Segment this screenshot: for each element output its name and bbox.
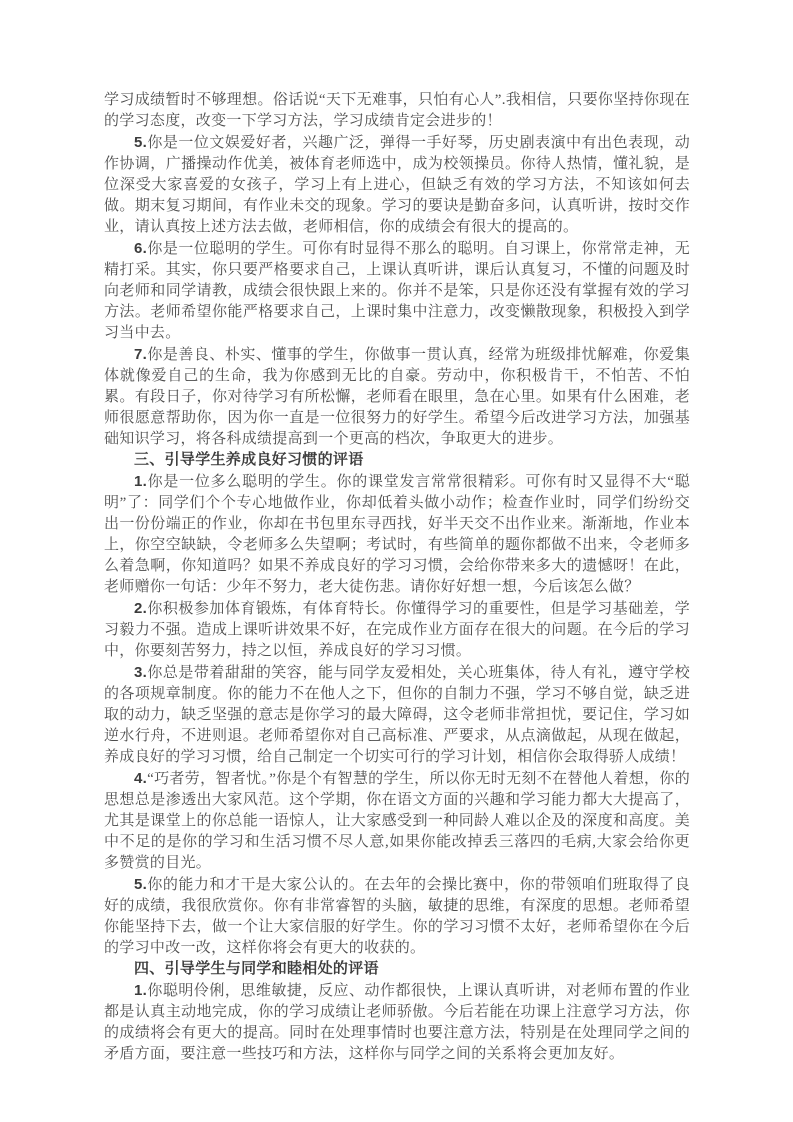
heading-text: 四、引导学生与同学和睦相处的评语 — [134, 961, 379, 977]
section-heading: 三、引导学生养成良好习惯的评语 — [104, 450, 690, 471]
paragraph-text: 你总是带着甜甜的笑容，能与同学友爱相处，关心班集体，待人有礼，遵守学校的各项规章… — [104, 665, 690, 765]
paragraph-text: 你是善良、朴实、懂事的学生，你做事一贯认真，经常为班级排忧解难，你爱集体就像爱自… — [104, 347, 690, 447]
paragraph-text: 你聪明伶俐，思维敏捷，反应、动作都很快，上课认真听讲，对老师布置的作业都是认真主… — [104, 983, 690, 1062]
heading-text: 三、引导学生养成良好习惯的评语 — [134, 452, 364, 468]
item-number: 3. — [134, 664, 147, 681]
paragraph-text: 你是一位聪明的学生。可你有时显得不那么的聪明。自习课上，你常常走神，无精打采。其… — [104, 241, 690, 341]
list-item: 1.你聪明伶俐，思维敏捷，反应、动作都很快，上课认真听讲，对老师布置的作业都是认… — [104, 980, 690, 1065]
item-number: 5. — [134, 134, 147, 151]
document-content: 学习成绩暂时不够理想。俗话说“天下无难事，只怕有心人”.我相信，只要你坚持你现在… — [104, 90, 690, 1065]
paragraph-text: 你是一位文娱爱好者，兴趣广泛，弹得一手好琴，历史剧表演中有出色表现，动作协调，广… — [104, 135, 690, 235]
paragraph-text: 你是一位多么聪明的学生。你的课堂发言常常很精彩。可你有时又显得不大“聪明”了：同… — [104, 474, 690, 595]
item-number: 2. — [134, 600, 147, 617]
paragraph: 学习成绩暂时不够理想。俗话说“天下无难事，只怕有心人”.我相信，只要你坚持你现在… — [104, 90, 690, 132]
item-number: 1. — [134, 982, 147, 999]
list-item: 5.你是一位文娱爱好者，兴趣广泛，弹得一手好琴，历史剧表演中有出色表现，动作协调… — [104, 132, 690, 238]
list-item: 5.你的能力和才干是大家公认的。在去年的会操比赛中，你的带领咱们班取得了良好的成… — [104, 874, 690, 959]
item-number: 7. — [134, 346, 147, 363]
paragraph-text: “巧者劳，智者忧。”你是个有智慧的学生，所以你无时无刻不在替他人着想，你的思想总… — [104, 771, 690, 871]
item-number: 6. — [134, 240, 147, 257]
paragraph-text: 你积极参加体育锻炼，有体育特长。你懂得学习的重要性，但是学习基础差，学习毅力不强… — [104, 601, 690, 659]
item-number: 5. — [134, 876, 147, 893]
list-item: 6.你是一位聪明的学生。可你有时显得不那么的聪明。自习课上，你常常走神，无精打采… — [104, 238, 690, 344]
list-item: 4.“巧者劳，智者忧。”你是个有智慧的学生，所以你无时无刻不在替他人着想，你的思… — [104, 768, 690, 874]
paragraph-text: 学习成绩暂时不够理想。俗话说“天下无难事，只怕有心人”.我相信，只要你坚持你现在… — [104, 92, 690, 129]
list-item: 7.你是善良、朴实、懂事的学生，你做事一贯认真，经常为班级排忧解难，你爱集体就像… — [104, 344, 690, 450]
list-item: 2.你积极参加体育锻炼，有体育特长。你懂得学习的重要性，但是学习基础差，学习毅力… — [104, 598, 690, 662]
item-number: 4. — [134, 770, 147, 787]
item-number: 1. — [134, 473, 147, 490]
document-page: 学习成绩暂时不够理想。俗话说“天下无难事，只怕有心人”.我相信，只要你坚持你现在… — [0, 0, 793, 1122]
list-item: 3.你总是带着甜甜的笑容，能与同学友爱相处，关心班集体，待人有礼，遵守学校的各项… — [104, 662, 690, 768]
section-heading: 四、引导学生与同学和睦相处的评语 — [104, 959, 690, 980]
paragraph-text: 你的能力和才干是大家公认的。在去年的会操比赛中，你的带领咱们班取得了良好的成绩，… — [104, 877, 690, 956]
list-item: 1.你是一位多么聪明的学生。你的课堂发言常常很精彩。可你有时又显得不大“聪明”了… — [104, 471, 690, 598]
